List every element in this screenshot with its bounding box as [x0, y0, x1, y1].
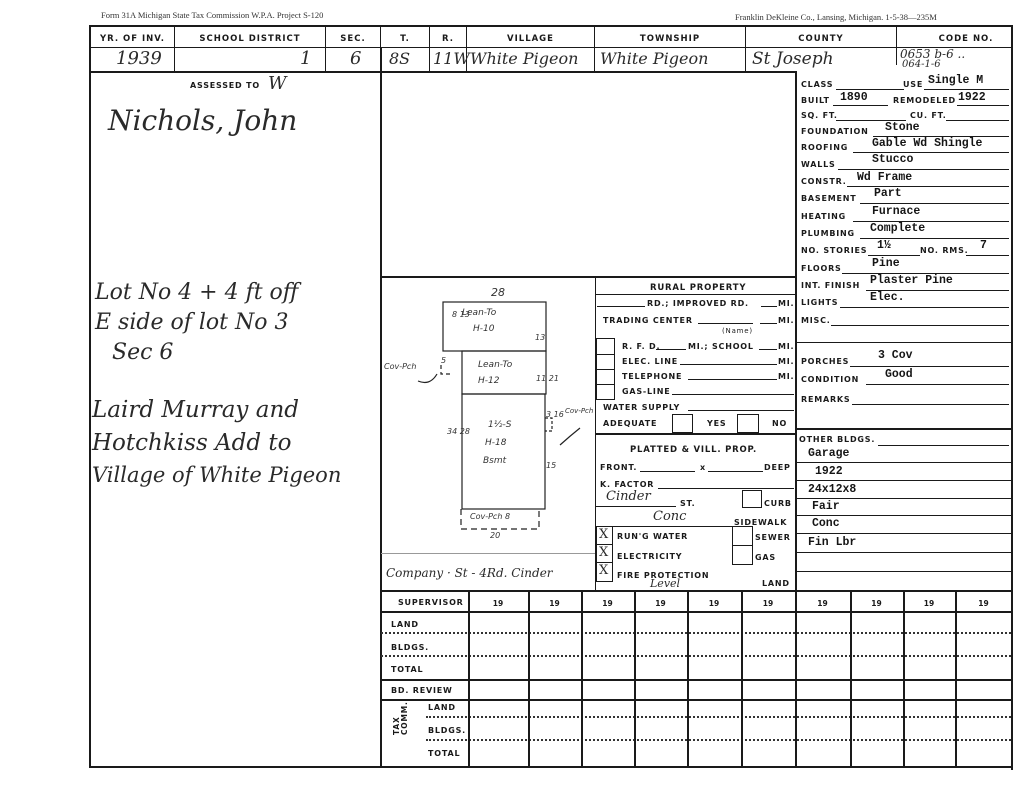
year-column-divider: [687, 591, 689, 767]
tax-land-row-label: LAND: [428, 703, 456, 712]
class-label: CLASS: [801, 80, 833, 89]
other-bldg-line-3[interactable]: 24x12x8: [808, 483, 856, 496]
gas-label: GAS: [755, 553, 776, 562]
bd-review-label: BD. REVIEW: [391, 686, 453, 695]
year-column-header[interactable]: 19: [634, 599, 687, 608]
remodeled-value[interactable]: 1922: [958, 91, 986, 104]
sewer-checkbox[interactable]: [732, 526, 753, 546]
rd-improved-label: RD.; IMPROVED RD.: [647, 299, 749, 308]
year-column-divider: [528, 591, 530, 767]
year-column-header[interactable]: 19: [903, 599, 955, 608]
year-column-header[interactable]: 19: [468, 599, 528, 608]
yr-of-inv-value[interactable]: 1939: [116, 48, 162, 69]
r-label: R.: [430, 34, 466, 44]
running-water-check-mark: X: [599, 527, 608, 542]
water-supply-label: WATER SUPPLY: [603, 403, 680, 412]
printer-imprint: Franklin DeKleine Co., Lansing, Michigan…: [735, 12, 937, 22]
year-column-header[interactable]: 19: [581, 599, 634, 608]
total-row-label: TOTAL: [391, 665, 423, 674]
legal-description-line-1[interactable]: Lot No 4 + 4 ft off: [95, 280, 298, 305]
sketch-room-2-right-dim: 11 21: [536, 374, 559, 383]
year-column-divider: [741, 591, 743, 767]
land-value[interactable]: Level: [650, 577, 680, 590]
heating-value[interactable]: Furnace: [872, 205, 920, 218]
assessed-to-label: ASSESSED TO: [190, 81, 260, 90]
sketch-room-3-line-3: Bsmt: [483, 456, 506, 466]
basement-value[interactable]: Part: [874, 187, 902, 200]
sketch-porch-left-dim: 5: [441, 356, 446, 365]
front-label: FRONT.: [600, 463, 637, 472]
adequate-no-checkbox[interactable]: [737, 414, 759, 433]
r-value[interactable]: 11W: [433, 49, 470, 68]
constr-value[interactable]: Wd Frame: [857, 171, 912, 184]
floors-value[interactable]: Pine: [872, 257, 900, 270]
lights-label: LIGHTS: [801, 298, 838, 307]
electricity-check-mark: X: [599, 545, 608, 560]
rd-mi: MI.: [778, 299, 794, 308]
legal-description-line-3[interactable]: Sec 6: [112, 340, 173, 365]
porches-label: PORCHES: [801, 357, 849, 366]
county-label: COUNTY: [746, 34, 896, 44]
no-rms-value[interactable]: 7: [980, 239, 987, 252]
owner-name[interactable]: Nichols, John: [108, 104, 297, 137]
trading-center-mi: MI.: [778, 316, 794, 325]
deep-label: DEEP: [764, 463, 791, 472]
supervisor-label: SUPERVISOR: [398, 598, 464, 607]
subdivision-line-1[interactable]: Laird Murray and: [92, 397, 299, 423]
subdivision-line-3[interactable]: Village of White Pigeon: [92, 463, 341, 487]
sketch-room-2-line-1: Lean-To: [478, 360, 512, 370]
yr-of-inv-label: YR. OF INV.: [91, 34, 174, 44]
sketch-porch-bottom-width: 20: [490, 531, 500, 540]
electricity-label: ELECTRICITY: [617, 552, 682, 561]
form-identifier: Form 31A Michigan State Tax Commission W…: [101, 10, 323, 20]
telephone-mi: MI.: [778, 372, 794, 381]
k-factor-label: K. FACTOR: [600, 480, 654, 489]
basement-label: BASEMENT: [801, 194, 857, 203]
telephone-checkbox[interactable]: [596, 369, 615, 385]
heating-label: HEATING: [801, 212, 846, 221]
assessed-mark: W: [268, 73, 287, 94]
land-label: LAND: [762, 579, 790, 588]
curb-checkbox[interactable]: [742, 490, 762, 508]
roofing-value[interactable]: Gable Wd Shingle: [872, 137, 982, 150]
other-bldg-line-1[interactable]: Garage: [808, 447, 849, 460]
fire-protection-check-mark: X: [599, 563, 608, 578]
bldgs-row-label: BLDGS.: [391, 643, 429, 652]
walls-label: WALLS: [801, 160, 836, 169]
condition-value[interactable]: Good: [885, 368, 913, 381]
gas-line-checkbox[interactable]: [596, 384, 615, 400]
sketch-porch-right-dims: 3 16: [546, 410, 564, 419]
st-label: ST.: [680, 499, 695, 508]
adequate-yes-checkbox[interactable]: [672, 414, 693, 433]
county-value[interactable]: St Joseph: [752, 49, 834, 69]
school-label: MI.; SCHOOL: [688, 342, 754, 351]
use-label: USE: [903, 80, 923, 89]
sketch-porch-right: Cov-Pch: [565, 407, 593, 415]
year-column-header[interactable]: 19: [850, 599, 903, 608]
township-label: TOWNSHIP: [595, 34, 745, 44]
elec-line-label: ELEC. LINE: [622, 357, 678, 366]
floors-label: FLOORS: [801, 264, 842, 273]
village-value[interactable]: White Pigeon: [470, 49, 578, 68]
adequate-label: ADEQUATE: [603, 419, 657, 428]
int-finish-label: INT. FINISH: [801, 281, 860, 290]
use-value[interactable]: Single M: [928, 74, 983, 87]
year-column-divider: [955, 591, 957, 767]
other-bldgs-label: OTHER BLDGS.: [799, 435, 875, 444]
sec-label: SEC.: [326, 34, 380, 44]
year-column-divider: [468, 591, 470, 767]
sketch-room-1-line-2: H-10: [473, 324, 494, 334]
no-label: NO: [772, 419, 787, 428]
trading-center-label: TRADING CENTER: [603, 316, 693, 325]
condition-label: CONDITION: [801, 375, 859, 384]
code-no-value-2[interactable]: 064-1-6: [902, 59, 941, 70]
school-district-value[interactable]: 1: [300, 48, 311, 69]
sketch-room-3-left-dim: 34 28: [447, 427, 470, 436]
village-label: VILLAGE: [467, 34, 594, 44]
plumbing-value[interactable]: Complete: [870, 222, 925, 235]
gas-line-label: GAS-LINE: [622, 387, 670, 396]
remarks-label: REMARKS: [801, 395, 851, 404]
sidewalk-value[interactable]: Conc: [653, 509, 686, 524]
sketch-room-3-line-2: H-18: [485, 438, 506, 448]
tax-comm-label: TAX COMM.: [393, 695, 409, 735]
rural-title: RURAL PROPERTY: [650, 283, 746, 293]
foundation-value[interactable]: Stone: [885, 121, 920, 134]
platted-title: PLATTED & VILL. PROP.: [630, 445, 757, 455]
tax-bldgs-row-label: BLDGS.: [428, 726, 466, 735]
sketch-room-2-line-2: H-12: [478, 376, 499, 386]
foundation-label: FOUNDATION: [801, 127, 869, 136]
porches-value[interactable]: 3 Cov: [878, 349, 913, 362]
other-bldg-line-5[interactable]: Conc: [812, 517, 840, 530]
year-column-header[interactable]: 19: [687, 599, 741, 608]
year-column-divider: [581, 591, 583, 767]
year-column-header[interactable]: 19: [528, 599, 581, 608]
running-water-label: RUN'G WATER: [617, 532, 688, 541]
int-finish-value[interactable]: Plaster Pine: [870, 274, 953, 287]
year-column-divider: [795, 591, 797, 767]
elec-line-checkbox[interactable]: [596, 354, 615, 370]
legal-description-line-2[interactable]: E side of lot No 3: [95, 310, 288, 335]
sq-ft-label: SQ. FT.: [801, 111, 838, 120]
township-value[interactable]: White Pigeon: [600, 49, 708, 68]
no-stories-label: NO. STORIES: [801, 246, 867, 255]
year-column-divider: [850, 591, 852, 767]
street-note[interactable]: Company · St - 4Rd. Cinder: [386, 566, 553, 580]
code-no-label: CODE NO.: [920, 34, 1012, 44]
built-value[interactable]: 1890: [840, 91, 868, 104]
rfd-checkbox[interactable]: [596, 338, 615, 355]
sketch-room-3-line-1: 1½-S: [488, 420, 511, 430]
sketch-room-1-right-dim: 13: [535, 333, 545, 342]
t-value[interactable]: 8S: [389, 49, 410, 68]
walls-value[interactable]: Stucco: [872, 153, 913, 166]
remodeled-label: REMODELED: [893, 96, 956, 105]
sec-value[interactable]: 6: [350, 48, 361, 69]
constr-label: CONSTR.: [801, 177, 847, 186]
misc-label: MISC.: [801, 316, 831, 325]
curb-label: CURB: [764, 499, 792, 508]
roofing-label: ROOFING: [801, 143, 848, 152]
other-bldg-line-2[interactable]: 1922: [815, 465, 843, 478]
sketch-top-width: 28: [491, 286, 505, 299]
cu-ft-label: CU. FT.: [910, 111, 947, 120]
no-stories-value[interactable]: 1½: [877, 239, 891, 252]
elec-line-mi: MI.: [778, 357, 794, 366]
telephone-label: TELEPHONE: [622, 372, 682, 381]
rfd-label: R. F. D.: [622, 342, 660, 351]
plumbing-label: PLUMBING: [801, 229, 855, 238]
land-row-label: LAND: [391, 620, 419, 629]
tax-total-row-label: TOTAL: [428, 749, 460, 758]
built-label: BUILT: [801, 96, 830, 105]
year-column-divider: [903, 591, 905, 767]
sketch-room-1-line-1: Lean-To: [462, 308, 496, 318]
sketch-porch-left: Cov-Pch: [384, 362, 416, 371]
school-district-label: SCHOOL DISTRICT: [175, 34, 325, 44]
year-column-header[interactable]: 19: [795, 599, 850, 608]
yes-label: YES: [707, 419, 726, 428]
gas-checkbox[interactable]: [732, 545, 753, 565]
other-bldg-line-6[interactable]: Fin Lbr: [808, 536, 856, 549]
school-mi: MI.: [778, 342, 794, 351]
year-column-header[interactable]: 19: [955, 599, 1012, 608]
subdivision-line-2[interactable]: Hotchkiss Add to: [92, 430, 292, 456]
no-rms-label: NO. RMS.: [920, 246, 968, 255]
name-hint: (Name): [722, 327, 753, 335]
other-bldg-line-4[interactable]: Fair: [812, 500, 840, 513]
t-label: T.: [381, 34, 429, 44]
lights-value[interactable]: Elec.: [870, 291, 905, 304]
sketch-porch-bottom: Cov-Pch 8: [470, 512, 510, 521]
street-value[interactable]: Cinder: [606, 489, 651, 504]
year-column-header[interactable]: 19: [741, 599, 795, 608]
year-column-divider: [634, 591, 636, 767]
by-label: x: [700, 463, 706, 472]
sewer-label: SEWER: [755, 533, 791, 542]
sketch-room-3-right-dim: 15: [546, 461, 556, 470]
